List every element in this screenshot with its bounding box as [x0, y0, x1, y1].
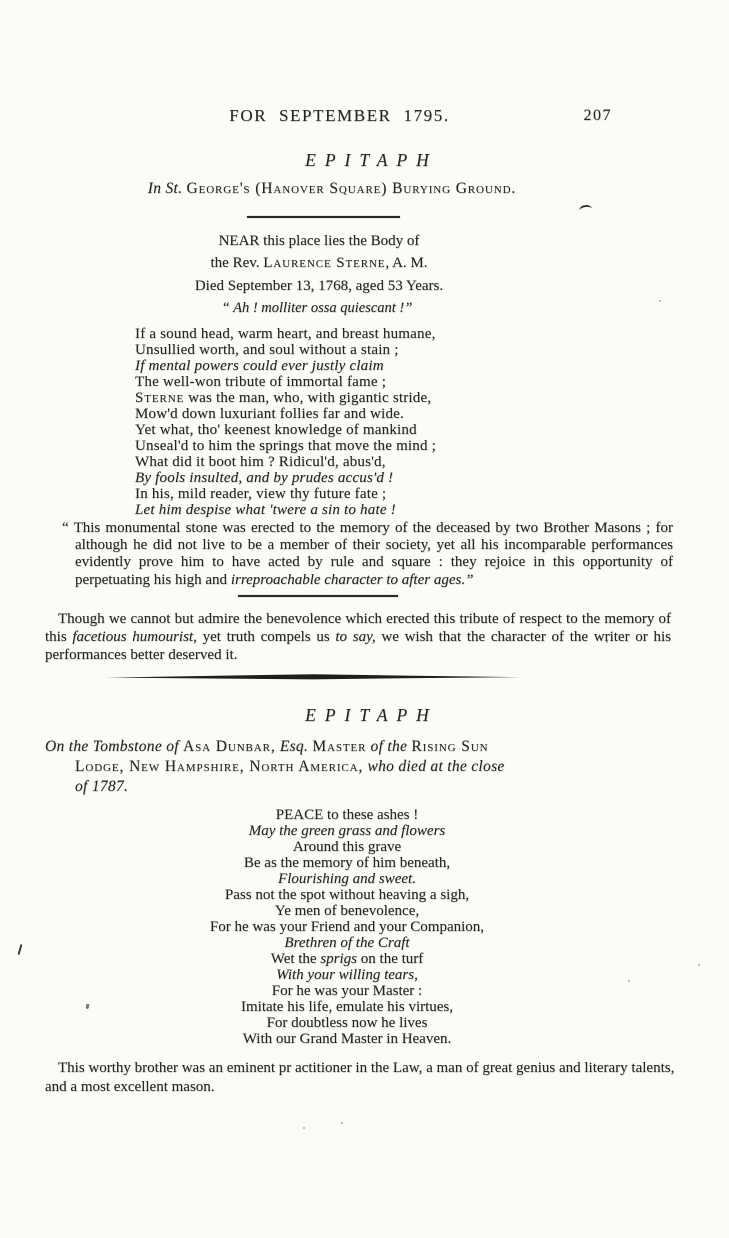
text-line: For he was your Friend and your Companio… [45, 919, 649, 935]
text-line: NEAR this place lies the Body of [45, 230, 593, 252]
text-segment: was the man, who, with gigantic stride, [184, 390, 431, 406]
text-segment: facetious humourist [72, 629, 193, 645]
text-line: Unsullied worth, and soul without a stai… [135, 342, 689, 358]
text-segment: If mental powers could ever justly claim [135, 358, 689, 374]
text-line: Wet the sprigs on the turf [45, 951, 649, 967]
text-segment: the Rev. [211, 255, 264, 271]
text-segment: Esq. [276, 738, 313, 755]
text-line: Mow'd down luxuriant follies far and wid… [135, 406, 689, 422]
text-line: For he was your Master : [45, 983, 649, 999]
text-line: If a sound head, warm heart, and breast … [135, 326, 689, 342]
text-segment: By fools insulted, and by prudes accus'd… [135, 470, 689, 486]
editor-comment: Though we cannot but admire the benevole… [45, 610, 689, 665]
text-segment: Laurence Sterne [263, 255, 385, 271]
page-number: 207 [584, 107, 613, 125]
text-segment: Let him despise what 'twere a sin to hat… [135, 502, 689, 518]
text-line: Yet what, tho' keenest knowledge of mank… [135, 422, 689, 438]
text-segment: Rising Sun [411, 738, 488, 755]
inscription-intro: NEAR this place lies the Body ofthe Rev.… [45, 230, 593, 297]
text-line: the Rev. Laurence Sterne, A. M. [45, 252, 593, 274]
text-line: of 1787. [45, 777, 689, 797]
short-divider-rule-2 [238, 595, 398, 597]
text-segment: , A. M. [385, 255, 427, 271]
text-segment: of the [366, 738, 411, 755]
epitaph-heading-sterne: EPITAPH [45, 148, 689, 172]
journal-title: FOR SEPTEMBER 1795. [45, 106, 634, 126]
text-segment: Brethren of the Craft [45, 935, 649, 951]
text-line: In his, mild reader, view thy future fat… [135, 486, 689, 502]
text-segment: Master [312, 738, 366, 755]
text-segment: of 1787. [75, 778, 128, 795]
text-line: The well-won tribute of immortal fame ; [135, 374, 689, 390]
text-line: Lodge, New Hampshire, North America, who… [45, 757, 689, 777]
text-segment: Lodge, New Hampshire, North America, [75, 758, 363, 775]
text-segment: Sterne [135, 390, 184, 406]
burying-ground-subheading: In St. George's (Hanover Square) Burying… [45, 178, 619, 200]
text-line: Pass not the spot without heaving a sigh… [45, 887, 649, 903]
text-segment: With your willing tears, [45, 967, 649, 983]
text-line: On the Tombstone of Asa Dunbar, Esq. Mas… [45, 737, 689, 757]
epitaph-dunbar-section: EPITAPH On the Tombstone of Asa Dunbar, … [45, 703, 689, 1095]
text-line: Around this grave [45, 839, 649, 855]
text-segment: who died at the close [363, 758, 504, 775]
scanned-magazine-page: { "header": { "journal_line": "FOR SEPTE… [0, 0, 729, 1238]
page-header: FOR SEPTEMBER 1795. 207 [45, 106, 689, 130]
short-divider-rule [247, 216, 400, 218]
text-line: With our Grand Master in Heaven. [45, 1031, 649, 1047]
page-body: FOR SEPTEMBER 1795. 207 EPITAPH In St. G… [0, 0, 729, 1238]
text-segment: on the turf [357, 951, 423, 967]
text-line: Ye men of benevolence, [45, 903, 649, 919]
section-divider-rule [105, 673, 521, 681]
text-segment: Flourishing and sweet. [45, 871, 649, 887]
text-line: PEACE to these ashes ! [45, 807, 649, 823]
epitaph-heading-dunbar: EPITAPH [45, 703, 689, 727]
text-line: What did it boot him ? Ridicul'd, abus'd… [135, 454, 689, 470]
dunbar-poem: PEACE to these ashes !May the green gras… [45, 807, 649, 1047]
latin-motto: “ Ah ! molliter ossa quiescant !” [45, 300, 589, 317]
text-segment: George's (Hanover Square) Burying Ground… [186, 180, 516, 197]
text-segment: Wet the [271, 951, 321, 967]
text-segment: May the green grass and flowers [45, 823, 649, 839]
text-line: Died September 13, 1768, aged 53 Years. [45, 275, 593, 297]
text-segment: sprigs [320, 951, 357, 967]
sterne-poem: If a sound head, warm heart, and breast … [135, 326, 689, 518]
text-segment: This worthy brother was an eminent pr ac… [45, 1060, 674, 1094]
text-segment: On the Tombstone of [45, 738, 183, 755]
closing-note: This worthy brother was an eminent pr ac… [45, 1059, 689, 1095]
text-line: Be as the memory of him beneath, [45, 855, 649, 871]
epitaph-sterne-section: EPITAPH In St. George's (Hanover Square)… [45, 148, 689, 664]
dunbar-subheading: On the Tombstone of Asa Dunbar, Esq. Mas… [45, 737, 689, 797]
text-segment: , yet truth compels us [193, 629, 335, 645]
text-line: For doubtless now he lives [45, 1015, 649, 1031]
text-segment: irreproachable character to after ages.” [231, 572, 474, 588]
text-line: Sterne was the man, who, with gigantic s… [135, 390, 689, 406]
text-line: Unseal'd to him the springs that move th… [135, 438, 689, 454]
text-line: Imitate his life, emulate his virtues, [45, 999, 649, 1015]
text-segment: In St. [148, 180, 187, 197]
masons-note: “ This monumental stone was erected to t… [45, 520, 689, 589]
text-segment: to say, [335, 629, 375, 645]
text-segment: Asa Dunbar, [183, 738, 276, 755]
